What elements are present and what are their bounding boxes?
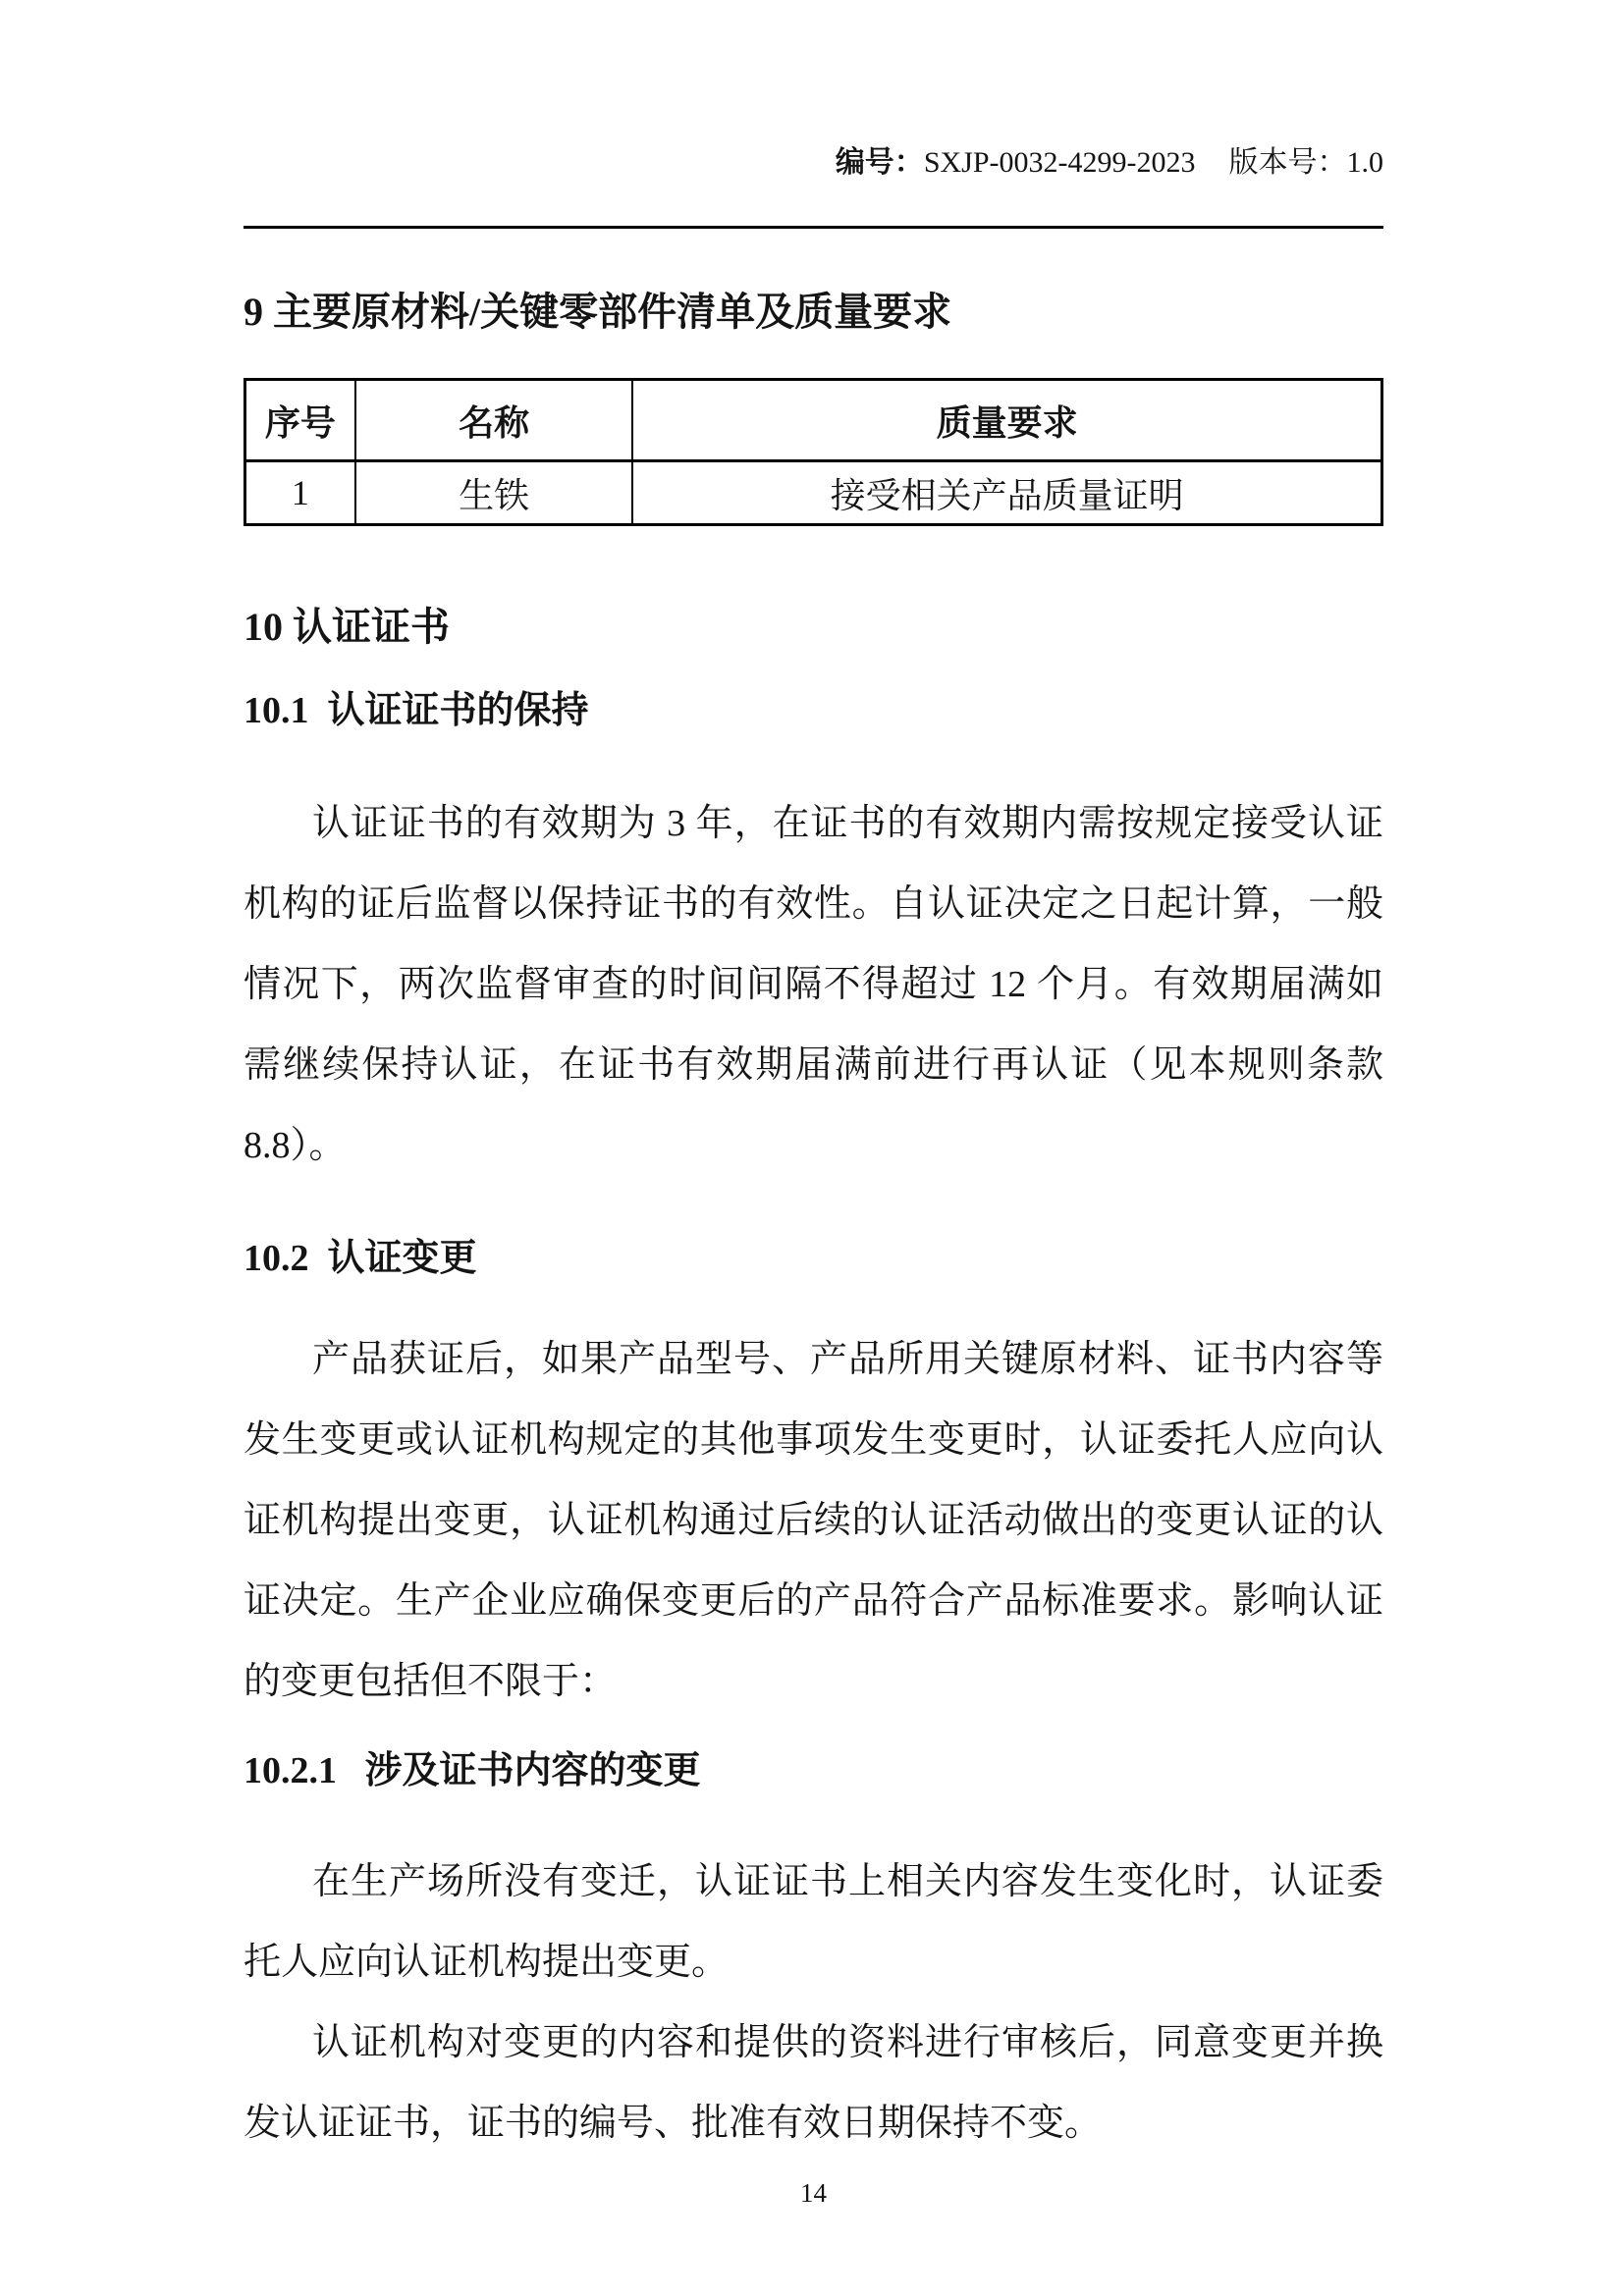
text-line: 认证机构对变更的内容和提供的资料进行审核后，同意变更并换 <box>244 2002 1383 2083</box>
text-line: 认证证书的有效期为 3 年，在证书的有效期内需按规定接受认证 <box>244 783 1383 864</box>
document-header: 编号：SXJP-0032-4299-2023版本号：1.0 <box>244 0 1383 229</box>
text-line: 发生变更或认证机构规定的其他事项发生变更时，认证委托人应向认 <box>244 1400 1383 1480</box>
page-content: 编号：SXJP-0032-4299-2023版本号：1.0 9 主要原材料/关键… <box>0 0 1624 2209</box>
document-page: 编号：SXJP-0032-4299-2023版本号：1.0 9 主要原材料/关键… <box>0 0 1624 2296</box>
text-line: 发认证证书，证书的编号、批准有效日期保持不变。 <box>244 2083 1383 2163</box>
text-line: 证决定。生产企业应确保变更后的产品符合产品标准要求。影响认证 <box>244 1561 1383 1641</box>
text-line: 产品获证后，如果产品型号、产品所用关键原材料、证书内容等 <box>244 1319 1383 1400</box>
paragraph-10-2: 产品获证后，如果产品型号、产品所用关键原材料、证书内容等 发生变更或认证机构规定… <box>244 1319 1383 1722</box>
table-header-index: 序号 <box>245 380 355 461</box>
table-cell-requirement: 接受相关产品质量证明 <box>632 461 1381 525</box>
table-cell-name: 生铁 <box>355 461 633 525</box>
table-cell-index: 1 <box>245 461 355 525</box>
text-line: 机构的证后监督以保持证书的有效性。自认证决定之日起计算，一般 <box>244 864 1383 944</box>
text-line: 托人应向认证机构提出变更。 <box>244 1922 1383 2002</box>
paragraph-10-1: 认证证书的有效期为 3 年，在证书的有效期内需按规定接受认证 机构的证后监督以保… <box>244 783 1383 1186</box>
page-number: 14 <box>244 2177 1383 2209</box>
doc-version-value: 1.0 <box>1347 146 1384 179</box>
table-row: 1 生铁 接受相关产品质量证明 <box>245 461 1382 525</box>
text-line: 的变更包括但不限于： <box>244 1641 1383 1722</box>
text-line: 在生产场所没有变迁，认证证书上相关内容发生变化时，认证委 <box>244 1842 1383 1922</box>
table-header-row: 序号 名称 质量要求 <box>245 380 1382 461</box>
section-10-heading: 10 认证证书 <box>244 605 1383 650</box>
doc-version-label: 版本号： <box>1229 146 1347 179</box>
table-header-requirement: 质量要求 <box>632 380 1381 461</box>
paragraph-10-2-1-a: 在生产场所没有变迁，认证证书上相关内容发生变化时，认证委 托人应向认证机构提出变… <box>244 1842 1383 2002</box>
doc-number-value: SXJP-0032-4299-2023 <box>924 146 1196 179</box>
text-line: 需继续保持认证，在证书有效期届满前进行再认证（见本规则条款 <box>244 1025 1383 1105</box>
section-9-heading: 9 主要原材料/关键零部件清单及质量要求 <box>244 290 1383 335</box>
text-line: 证机构提出变更，认证机构通过后续的认证活动做出的变更认证的认 <box>244 1480 1383 1561</box>
section-10-2-1-heading: 10.2.1 涉及证书内容的变更 <box>244 1749 1383 1792</box>
paragraph-10-2-1-b: 认证机构对变更的内容和提供的资料进行审核后，同意变更并换 发认证证书，证书的编号… <box>244 2002 1383 2163</box>
doc-number-label: 编号： <box>836 146 924 179</box>
section-10-1-heading: 10.1 认证证书的保持 <box>244 689 1383 732</box>
text-line: 情况下，两次监督审查的时间间隔不得超过 12 个月。有效期届满如 <box>244 944 1383 1025</box>
section-10-2-heading: 10.2 认证变更 <box>244 1237 1383 1280</box>
text-line: 8.8）。 <box>244 1105 1383 1186</box>
table-header-name: 名称 <box>355 380 633 461</box>
materials-table: 序号 名称 质量要求 1 生铁 接受相关产品质量证明 <box>244 378 1383 526</box>
